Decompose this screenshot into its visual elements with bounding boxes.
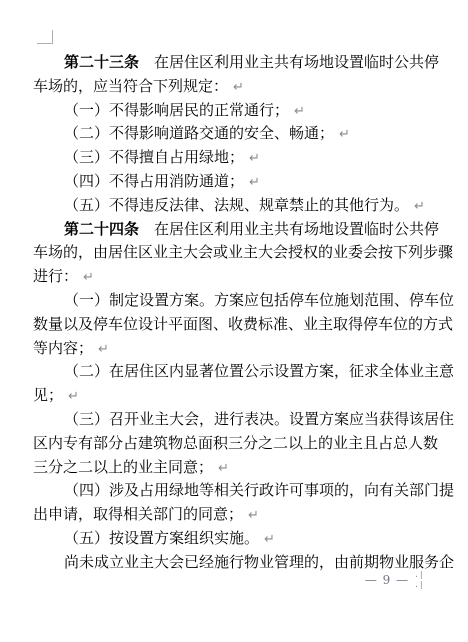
line-text: （一）不得影响居民的正常通行；: [64, 101, 289, 119]
text-line: （五）不得违反法律、法规、规章禁止的其他行为。↵: [33, 194, 437, 218]
text-line: 第二十四条 在居住区利用业主共有场地设置临时公共停: [33, 218, 437, 242]
return-mark-icon: ↵: [213, 461, 229, 476]
line-text: 出申请，取得相关部门的同意；: [33, 505, 243, 523]
margin-corner-mark: [37, 30, 53, 44]
return-mark-icon: ↵: [259, 532, 275, 547]
text-line: 车场的，应当符合下列规定：↵: [33, 75, 437, 99]
return-mark-icon: ↵: [243, 508, 259, 523]
document-page: 第二十三条 在居住区利用业主共有场地设置临时公共停车场的，应当符合下列规定：↵（…: [0, 0, 468, 642]
line-text: （二）不得影响道路交通的安全、畅通；: [64, 124, 334, 142]
return-mark-icon: ↵: [244, 151, 260, 166]
line-text: （四）涉及占用绿地等相关行政许可事项的，向有关部门提: [64, 481, 454, 499]
line-text: 在居住区利用业主共有场地设置临时公共停: [139, 53, 439, 71]
text-line: （二）在居住区内显著位置公示设置方案，征求全体业主意: [33, 360, 437, 384]
text-line: （四）涉及占用绿地等相关行政许可事项的，向有关部门提: [33, 479, 437, 503]
text-line: （二）不得影响道路交通的安全、畅通；↵: [33, 122, 437, 146]
line-text: 在居住区利用业主共有场地设置临时公共停: [139, 220, 439, 238]
line-text: 三分之二以上的业主同意；: [33, 458, 213, 476]
text-line: 三分之二以上的业主同意；↵: [33, 456, 437, 480]
text-line: 尚未成立业主大会已经施行物业管理的，由前期物业服务企: [33, 551, 437, 575]
return-mark-icon: ↵: [63, 389, 79, 404]
return-mark-icon: ↵: [334, 127, 350, 142]
line-text: 等内容；: [33, 339, 93, 357]
line-text: 数量以及停车位设计平面图、收费标准、业主取得停车位的方式: [33, 315, 453, 333]
line-text: 车场的，由居住区业主大会或业主大会授权的业委会按下列步骤: [33, 243, 453, 261]
text-line: 见；↵: [33, 384, 437, 408]
line-text: （一）制定设置方案。方案应包括停车位施划范围、停车位: [64, 291, 454, 309]
text-line: 第二十三条 在居住区利用业主共有场地设置临时公共停: [33, 51, 437, 75]
text-line: （一）制定设置方案。方案应包括停车位施划范围、停车位: [33, 289, 437, 313]
line-text: （五）不得违反法律、法规、规章禁止的其他行为。: [64, 196, 409, 214]
text-line: （一）不得影响居民的正常通行；↵: [33, 99, 437, 123]
text-line: （五）按设置方案组织实施。↵: [33, 527, 437, 551]
line-text: （五）按设置方案组织实施。: [64, 529, 259, 547]
line-text: 进行：: [33, 267, 78, 285]
line-text: （三）不得擅自占用绿地；: [64, 148, 244, 166]
text-line: 进行：↵: [33, 265, 437, 289]
line-text: 尚未成立业主大会已经施行物业管理的，由前期物业服务企: [64, 553, 454, 571]
line-text: 区内专有部分占建筑物总面积三分之二以上的业主且占总人数: [33, 434, 438, 452]
text-line: 区内专有部分占建筑物总面积三分之二以上的业主且占总人数: [33, 432, 437, 456]
line-text: （四）不得占用消防通道；: [64, 172, 244, 190]
text-line: 出申请，取得相关部门的同意；↵: [33, 503, 437, 527]
format-mark-icon: .|: [414, 570, 428, 580]
return-mark-icon: ↵: [78, 270, 94, 285]
line-text: 见；: [33, 386, 63, 404]
text-line: 数量以及停车位设计平面图、收费标准、业主取得停车位的方式: [33, 313, 437, 337]
return-mark-icon: ↵: [93, 342, 109, 357]
text-line: （三）召开业主大会，进行表决。设置方案应当获得该居住: [33, 408, 437, 432]
line-text: （三）召开业主大会，进行表决。设置方案应当获得该居住: [64, 410, 454, 428]
text-lines: 第二十三条 在居住区利用业主共有场地设置临时公共停车场的，应当符合下列规定：↵（…: [33, 51, 437, 575]
line-text: 车场的，应当符合下列规定：: [33, 77, 228, 95]
return-mark-icon: ↵: [289, 104, 305, 119]
text-line: （四）不得占用消防通道；↵: [33, 170, 437, 194]
return-mark-icon: ↵: [244, 175, 260, 190]
article-heading: 第二十四条: [64, 220, 139, 238]
return-mark-icon: ↵: [228, 80, 244, 95]
page-number: — 9 —: [361, 573, 413, 587]
line-text: （二）在居住区内显著位置公示设置方案，征求全体业主意: [64, 362, 454, 380]
text-line: 车场的，由居住区业主大会或业主大会授权的业委会按下列步骤: [33, 241, 437, 265]
text-line: 等内容；↵: [33, 337, 437, 361]
footer-format-marks: .| .|: [414, 570, 428, 590]
format-mark-icon: .|: [414, 580, 428, 590]
return-mark-icon: ↵: [409, 199, 425, 214]
article-heading: 第二十三条: [64, 53, 139, 71]
text-line: （三）不得擅自占用绿地；↵: [33, 146, 437, 170]
